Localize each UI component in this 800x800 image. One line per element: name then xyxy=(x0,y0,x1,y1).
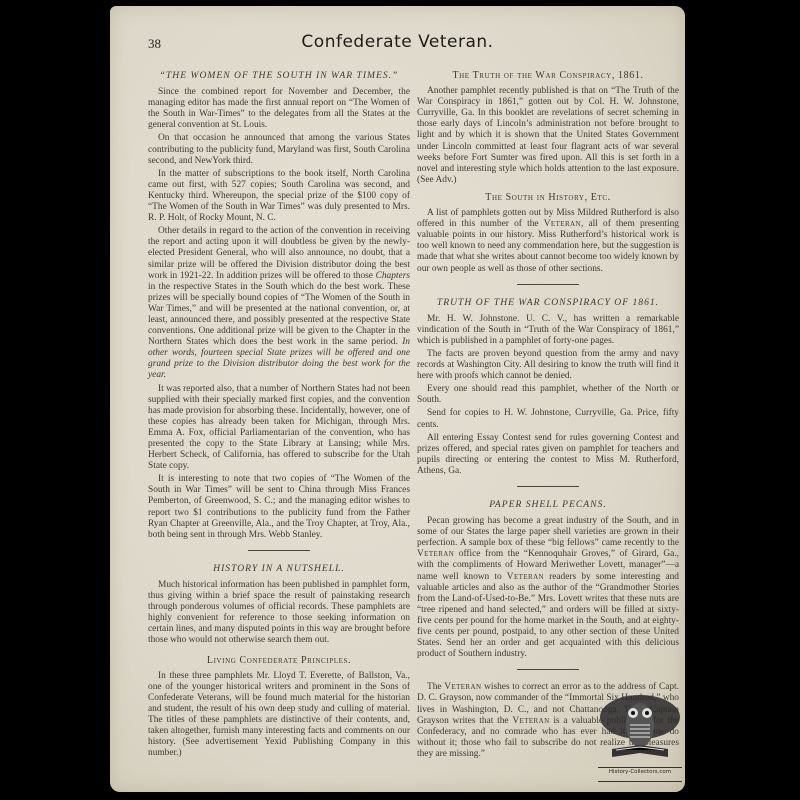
magazine-page: 38 Confederate Veteran. “THE WOMEN OF TH… xyxy=(110,6,685,792)
paragraph: In the matter of subscriptions to the bo… xyxy=(148,169,410,224)
paragraph: Every one should read this pamphlet, whe… xyxy=(417,384,679,406)
text-small-caps: Veteran xyxy=(507,572,544,582)
text-small-caps: Veteran xyxy=(444,682,481,692)
text: readers by some interesting and valuable… xyxy=(417,572,679,660)
paragraph: Send for copies to H. W. Johnstone, Curr… xyxy=(417,408,679,430)
heading-history-in-a-nutshell: HISTORY IN A NUTSHELL. xyxy=(148,563,410,574)
heading-truth-war-conspiracy-1861: The Truth of the War Conspiracy, 1861. xyxy=(417,70,679,81)
watermark-rule xyxy=(598,767,682,768)
paragraph-pecans: Pecan growing has become a great industr… xyxy=(417,516,679,660)
heading-truth-of-the-war-conspiracy: TRUTH OF THE WAR CONSPIRACY OF 1861. xyxy=(417,297,679,308)
text-small-caps: Veteran xyxy=(417,549,454,559)
heading-living-confederate-principles: Living Confederate Principles. xyxy=(148,655,410,666)
heading-paper-shell-pecans: PAPER SHELL PECANS. xyxy=(417,499,679,510)
text: in the respective States in the South wh… xyxy=(148,282,410,347)
watermark-text: History-Collectors.com xyxy=(590,769,690,775)
section-divider xyxy=(248,550,310,551)
paragraph: Much historical information has been pub… xyxy=(148,580,410,647)
paragraph: All entering Essay Contest send for rule… xyxy=(417,433,679,477)
paragraph: Another pamphlet recently published is t… xyxy=(417,86,679,186)
text: The xyxy=(427,682,444,692)
paragraph: In these three pamphlets Mr. Lloyd T. Ev… xyxy=(148,671,410,760)
heading-women-of-the-south: “THE WOMEN OF THE SOUTH IN WAR TIMES.” xyxy=(148,70,410,81)
paragraph: Since the combined report for November a… xyxy=(148,87,410,131)
text-small-caps: Veteran xyxy=(544,219,581,229)
right-column: The Truth of the War Conspiracy, 1861. A… xyxy=(417,68,679,762)
section-divider xyxy=(517,669,579,670)
owl-on-book-icon xyxy=(590,691,690,763)
paragraph: Mr. H. W. Johnstone. U. C. V., has writt… xyxy=(417,314,679,347)
paragraph: It is interesting to note that two copie… xyxy=(148,474,410,541)
section-divider xyxy=(517,284,579,285)
watermark: History-Collectors.com xyxy=(590,691,690,786)
paragraph-rutherford: A list of pamphlets gotten out by Miss M… xyxy=(417,208,679,275)
text: Pecan growing has become a great industr… xyxy=(417,516,679,548)
paragraph: It was reported also, that a number of N… xyxy=(148,384,410,473)
paragraph: The facts are proven beyond question fro… xyxy=(417,349,679,382)
text: Other details in regard to the action of… xyxy=(148,226,410,280)
text-small-caps: Veteran xyxy=(512,716,549,726)
paragraph: On that occasion he announced that among… xyxy=(148,133,410,166)
heading-south-in-history: The South in History, Etc. xyxy=(417,192,679,203)
watermark-rule xyxy=(598,781,682,782)
left-column: “THE WOMEN OF THE SOUTH IN WAR TIMES.” S… xyxy=(148,68,410,761)
section-divider xyxy=(517,486,579,487)
masthead-title: Confederate Veteran. xyxy=(110,32,685,52)
text-italic: Chapters xyxy=(376,271,410,281)
paragraph-convention-details: Other details in regard to the action of… xyxy=(148,226,410,381)
